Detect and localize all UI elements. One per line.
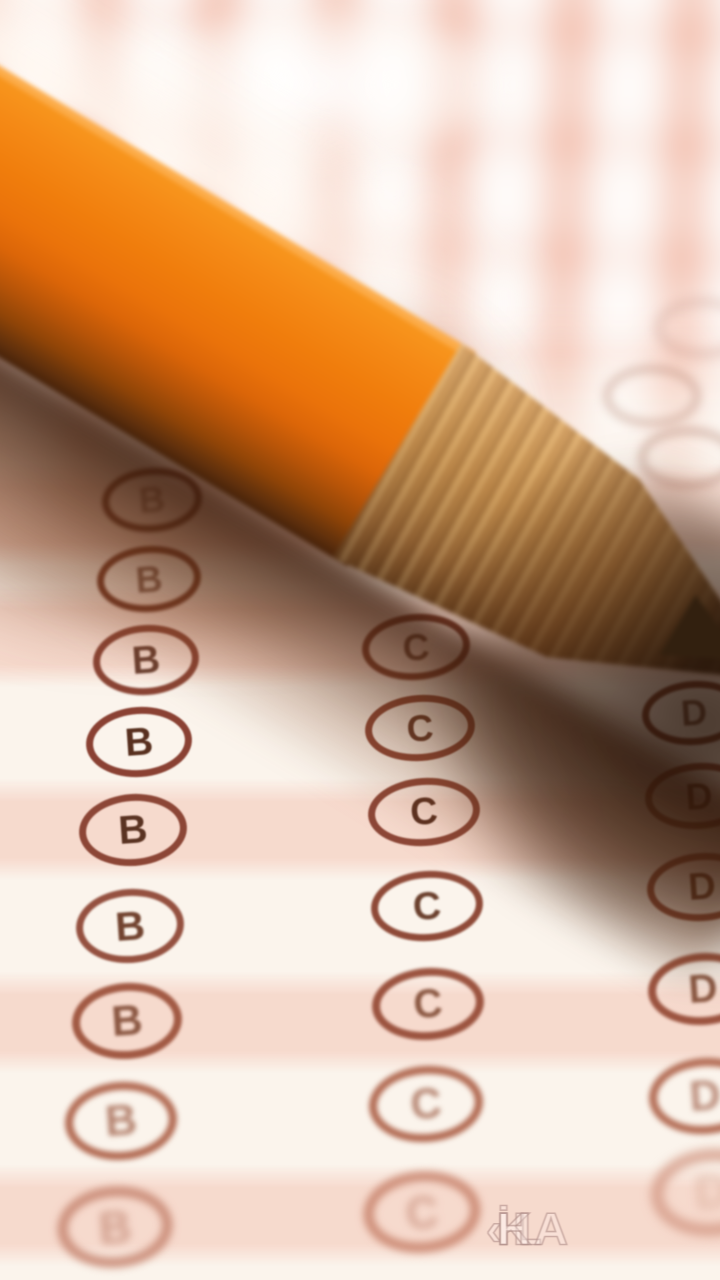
bubble-letter: B	[104, 1098, 139, 1144]
answer-bubble-B: B	[77, 790, 190, 869]
bubble-letter: C	[412, 886, 443, 927]
answer-bubble-B: B	[84, 703, 195, 780]
answer-bubble-D: D	[646, 1054, 720, 1138]
bubble-letter: B	[110, 998, 144, 1043]
bubble-letter: B	[97, 1203, 133, 1250]
answer-bubble-B: B	[69, 979, 184, 1062]
bubble-letter: B	[114, 905, 146, 948]
answer-bubble-B: B	[55, 1183, 174, 1271]
bubble-letter: B	[117, 809, 149, 851]
bubble-letter: D	[688, 1073, 720, 1118]
bubble-letter: D	[693, 1167, 720, 1217]
bubble-letter: C	[409, 1081, 443, 1126]
answer-bubble-B: B	[74, 885, 187, 966]
answer-bubble-B: B	[62, 1078, 179, 1164]
watermark-text: HA	[497, 1204, 571, 1254]
answer-bubble-C: C	[369, 867, 486, 945]
bubble-letter: C	[412, 983, 444, 1025]
photo-pencil-on-answer-sheet: BBBBBBBBBCCCCCCCDDDDDD İLK‹HA	[0, 0, 720, 1280]
answer-bubble-C: C	[370, 964, 487, 1044]
answer-bubble-D: D	[649, 1145, 720, 1238]
bubble-letter: C	[404, 1188, 440, 1235]
answer-bubble-C: C	[361, 1168, 482, 1256]
bubble-letter: B	[124, 722, 155, 763]
answer-bubble-C: C	[366, 1062, 485, 1146]
